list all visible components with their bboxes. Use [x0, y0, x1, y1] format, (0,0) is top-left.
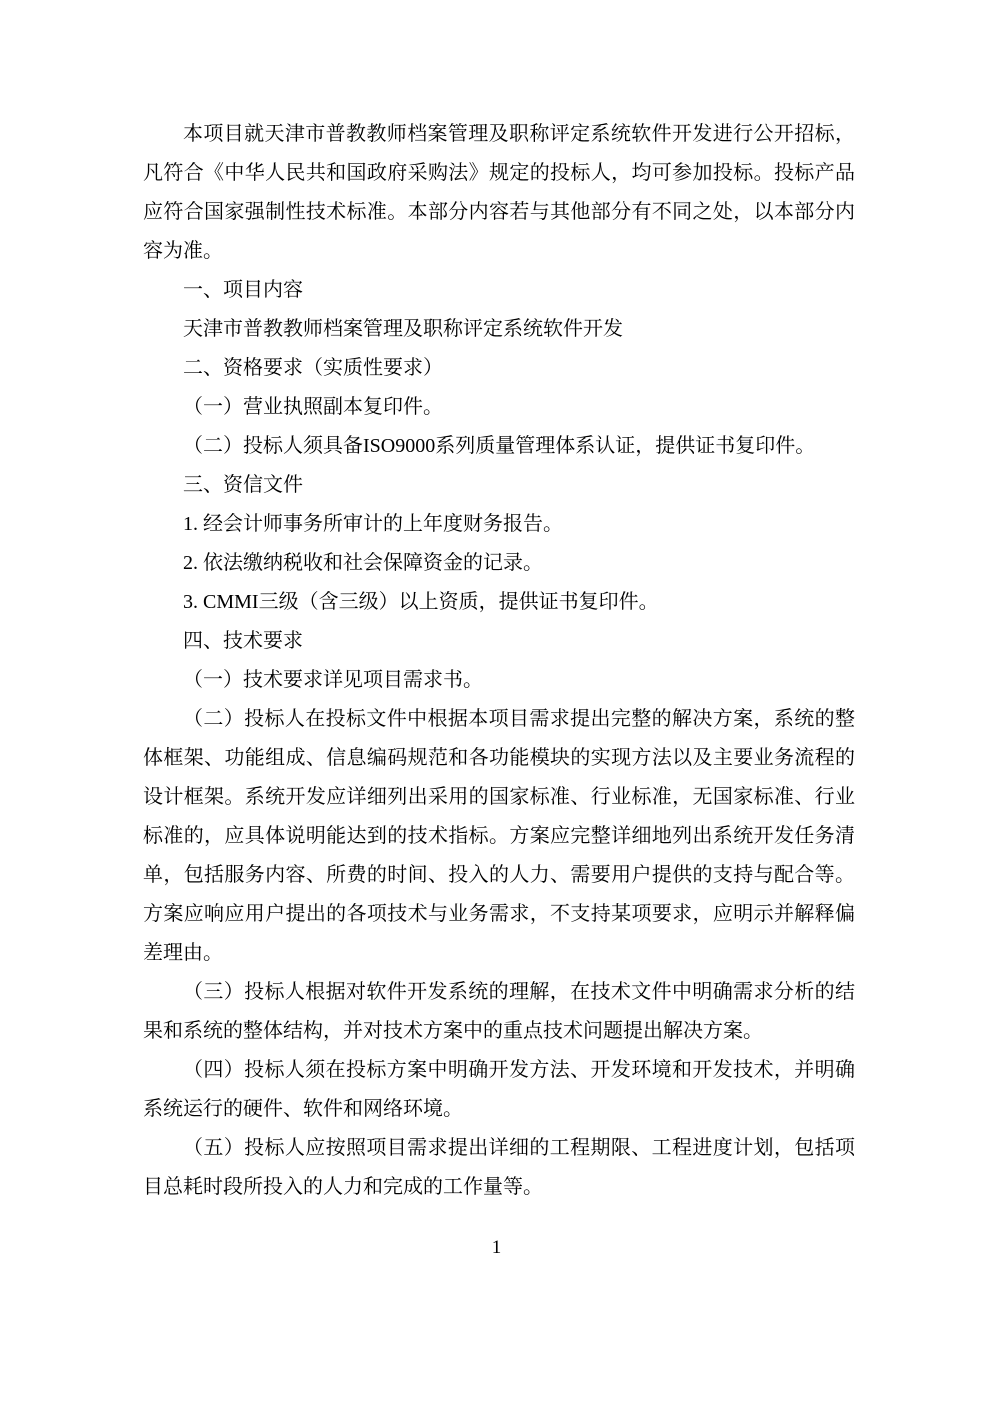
tech-item-1: （一）技术要求详见项目需求书。 [143, 661, 855, 700]
credit-item-2: 2. 依法缴纳税收和社会保障资金的记录。 [143, 544, 855, 583]
heading-section-4: 四、技术要求 [143, 622, 855, 661]
tech-item-5: （五）投标人应按照项目需求提出详细的工程期限、工程进度计划，包括项目总耗时段所投… [143, 1129, 855, 1207]
tech-item-3: （三）投标人根据对软件开发系统的理解，在技术文件中明确需求分析的结果和系统的整体… [143, 973, 855, 1051]
document-body: 本项目就天津市普教教师档案管理及职称评定系统软件开发进行公开招标，凡符合《中华人… [143, 115, 855, 1207]
tech-item-2: （二）投标人在投标文件中根据本项目需求提出完整的解决方案，系统的整体框架、功能组… [143, 700, 855, 973]
heading-section-2: 二、资格要求（实质性要求） [143, 349, 855, 388]
document-page: 本项目就天津市普教教师档案管理及职称评定系统软件开发进行公开招标，凡符合《中华人… [0, 0, 993, 1404]
project-name-paragraph: 天津市普教教师档案管理及职称评定系统软件开发 [143, 310, 855, 349]
qualification-item-2: （二）投标人须具备ISO9000系列质量管理体系认证，提供证书复印件。 [143, 427, 855, 466]
intro-paragraph: 本项目就天津市普教教师档案管理及职称评定系统软件开发进行公开招标，凡符合《中华人… [143, 115, 855, 271]
heading-section-1: 一、项目内容 [143, 271, 855, 310]
page-number: 1 [492, 1237, 502, 1258]
qualification-item-1: （一）营业执照副本复印件。 [143, 388, 855, 427]
page-footer: 1 [0, 1236, 993, 1260]
tech-item-4: （四）投标人须在投标方案中明确开发方法、开发环境和开发技术，并明确系统运行的硬件… [143, 1051, 855, 1129]
credit-item-3: 3. CMMI三级（含三级）以上资质，提供证书复印件。 [143, 583, 855, 622]
credit-item-1: 1. 经会计师事务所审计的上年度财务报告。 [143, 505, 855, 544]
heading-section-3: 三、资信文件 [143, 466, 855, 505]
